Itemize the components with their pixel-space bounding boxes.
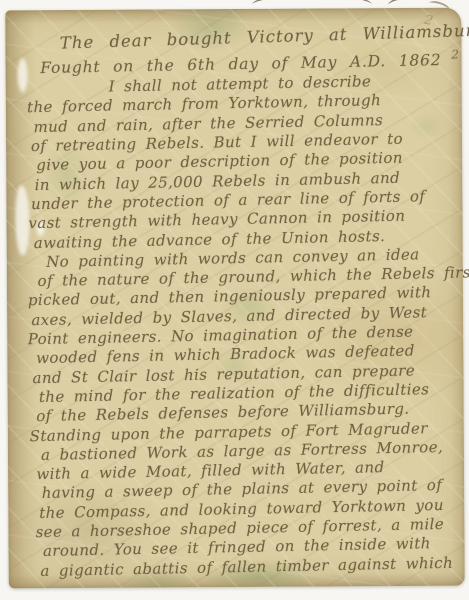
manuscript-text: The dear bought Victory at Williamsburg …	[20, 23, 461, 581]
paper-sheet: 2 The dear bought Victory at Williamsbur…	[5, 8, 465, 589]
manuscript-scan: 2 The dear bought Victory at Williamsbur…	[0, 0, 469, 600]
dateline-flourish: 2	[451, 48, 460, 62]
